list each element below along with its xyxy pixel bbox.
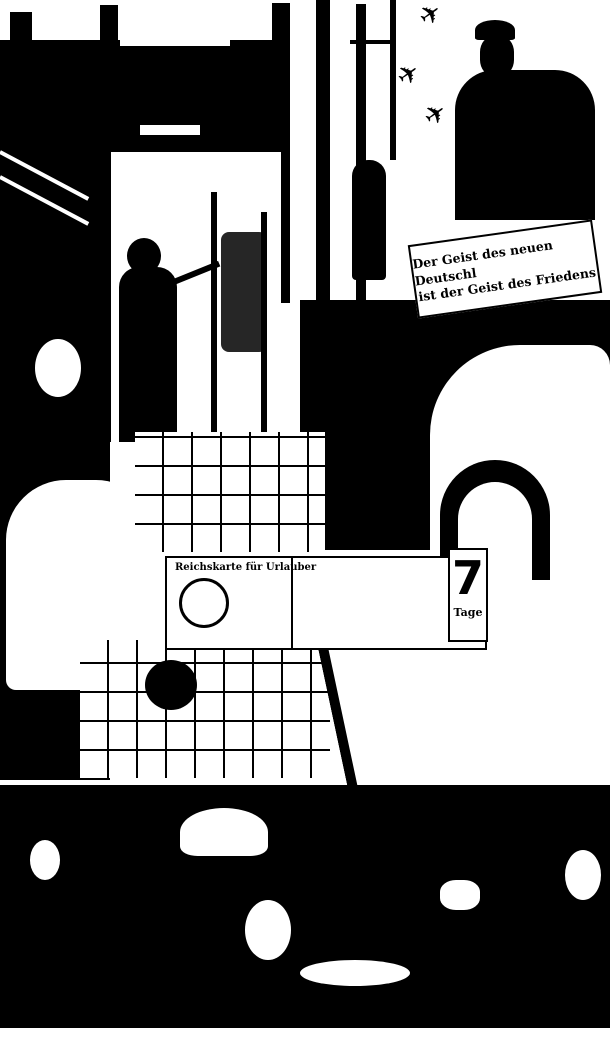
days-label: Tage [450, 606, 486, 619]
ration-coupon-sheet-upper [135, 432, 325, 552]
factory-roof [140, 125, 200, 135]
pole [390, 0, 396, 160]
factory-sky [0, 0, 290, 40]
easel-leg [211, 192, 217, 442]
ration-card-title: Reichskarte für Urlauber [175, 562, 316, 573]
woman-leg [40, 690, 54, 780]
woman-face [245, 900, 291, 960]
photomontage: ✈ ✈ ✈ Der Geist des neuen Deutschl ist d… [0, 0, 610, 1038]
patron-face [30, 840, 60, 880]
rail-track [0, 150, 89, 200]
rail-track [0, 175, 89, 225]
pole [316, 0, 330, 300]
factory-roof [120, 40, 230, 46]
ration-card: Reichskarte für Urlauber [165, 556, 487, 650]
boy-silhouette [352, 160, 386, 280]
woman-head [32, 336, 84, 400]
stamp-icon [179, 578, 229, 628]
canvas-silhouette [221, 232, 267, 352]
officer-cap [180, 808, 268, 856]
patron-face [440, 880, 480, 910]
smokestack [100, 5, 118, 175]
patron-face [565, 850, 601, 900]
painter-silhouette [119, 267, 177, 442]
pole-crossbar [350, 40, 390, 44]
warplane-icon: ✈ [420, 98, 453, 132]
bottom-margin [0, 1028, 610, 1038]
painter-panel [108, 152, 281, 442]
warplane-icon: ✈ [415, 0, 448, 32]
warplane-icon: ✈ [393, 58, 426, 92]
ration-coupon-sheet-lower [80, 640, 330, 778]
cafe-table [300, 960, 410, 986]
uniformed-figure-silhouette [455, 70, 595, 220]
smokestack [10, 12, 32, 72]
string-bag [145, 660, 197, 710]
days-number: 7 [450, 550, 486, 606]
cafe-crowd [0, 785, 610, 1038]
ration-card-divider [291, 558, 293, 648]
days-tab: 7 Tage [448, 548, 488, 642]
